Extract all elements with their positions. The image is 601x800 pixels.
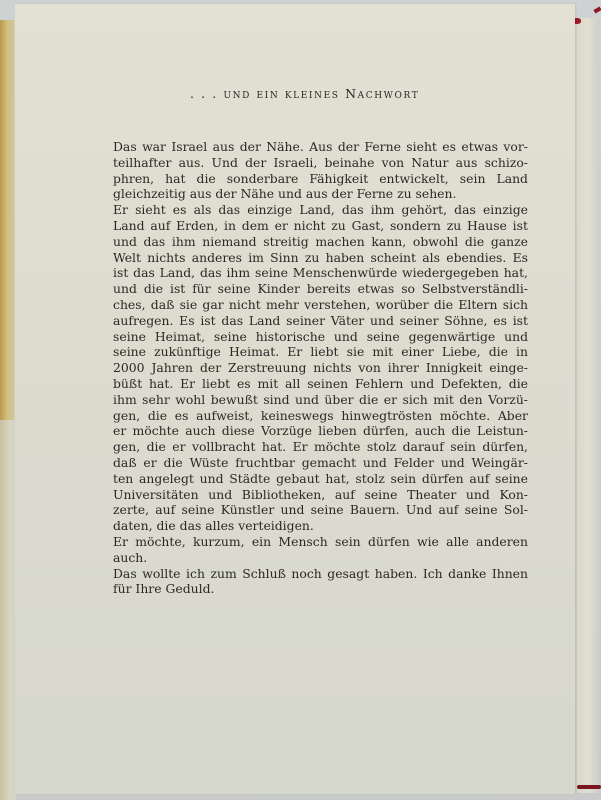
- page-edge-left-lower: [0, 420, 16, 800]
- text-line: 2000 Jahren der Zerstreuung nichts von i…: [113, 360, 528, 376]
- text-line: und die ist für seine Kinder bereits etw…: [113, 281, 528, 297]
- text-line: Universitäten und Bibliotheken, auf sein…: [113, 487, 528, 503]
- text-line: Er möchte, kurzum, ein Mensch sein dürfe…: [113, 534, 528, 550]
- text-line: ist das Land, das ihm seine Menschenwürd…: [113, 265, 528, 281]
- text-line: gen, die er vollbracht hat. Er möchte st…: [113, 439, 528, 455]
- book-photo: . . . und ein kleines Nachwort Das war I…: [0, 0, 601, 800]
- text-line: Er sieht es als das einzige Land, das ih…: [113, 202, 528, 218]
- text-line: Das wollte ich zum Schluß noch gesagt ha…: [113, 566, 528, 582]
- bookmark-ribbon-bottom: [577, 785, 601, 789]
- text-line: seine Heimat, seine historische und sein…: [113, 329, 528, 345]
- text-line: zerte, auf seine Künstler und seine Baue…: [113, 502, 528, 518]
- text-line: daß er die Wüste fruchtbar gemacht und F…: [113, 455, 528, 471]
- text-line: gleichzeitig aus der Nähe und aus der Fe…: [113, 186, 528, 202]
- text-line: ches, daß sie gar nicht mehr verstehen, …: [113, 297, 528, 313]
- text-line: für Ihre Geduld.: [113, 581, 528, 597]
- text-line: auch.: [113, 550, 528, 566]
- text-line: seine zukünftige Heimat. Er liebt sie mi…: [113, 344, 528, 360]
- text-line: ten angelegt und Städte gebaut hat, stol…: [113, 471, 528, 487]
- text-line: büßt hat. Er liebt es mit all seinen Feh…: [113, 376, 528, 392]
- text-line: und das ihm niemand streitig machen kann…: [113, 234, 528, 250]
- text-line: phren, hat die sonderbare Fähigkeit entw…: [113, 171, 528, 187]
- text-line: Land auf Erden, in dem er nicht zu Gast,…: [113, 218, 528, 234]
- text-line: er möchte auch diese Vorzüge lieben dürf…: [113, 423, 528, 439]
- text-line: daten, die das alles verteidigen.: [113, 518, 528, 534]
- body-text: Das war Israel aus der Nähe. Aus der Fer…: [113, 139, 528, 597]
- text-line: aufregen. Es ist das Land seiner Väter u…: [113, 313, 528, 329]
- page-edge-right: [577, 18, 599, 793]
- text-line: ihm sehr wohl bewußt sind und über die e…: [113, 392, 528, 408]
- text-line: Welt nichts anderes im Sinn zu haben sch…: [113, 250, 528, 266]
- bookmark-ribbon-tip: [593, 7, 601, 14]
- text-line: Das war Israel aus der Nähe. Aus der Fer…: [113, 139, 528, 155]
- chapter-title: . . . und ein kleines Nachwort: [190, 86, 470, 101]
- text-line: teilhafter aus. Und der Israeli, beinahe…: [113, 155, 528, 171]
- text-line: gen, die es aufweist, keineswegs hinwegt…: [113, 408, 528, 424]
